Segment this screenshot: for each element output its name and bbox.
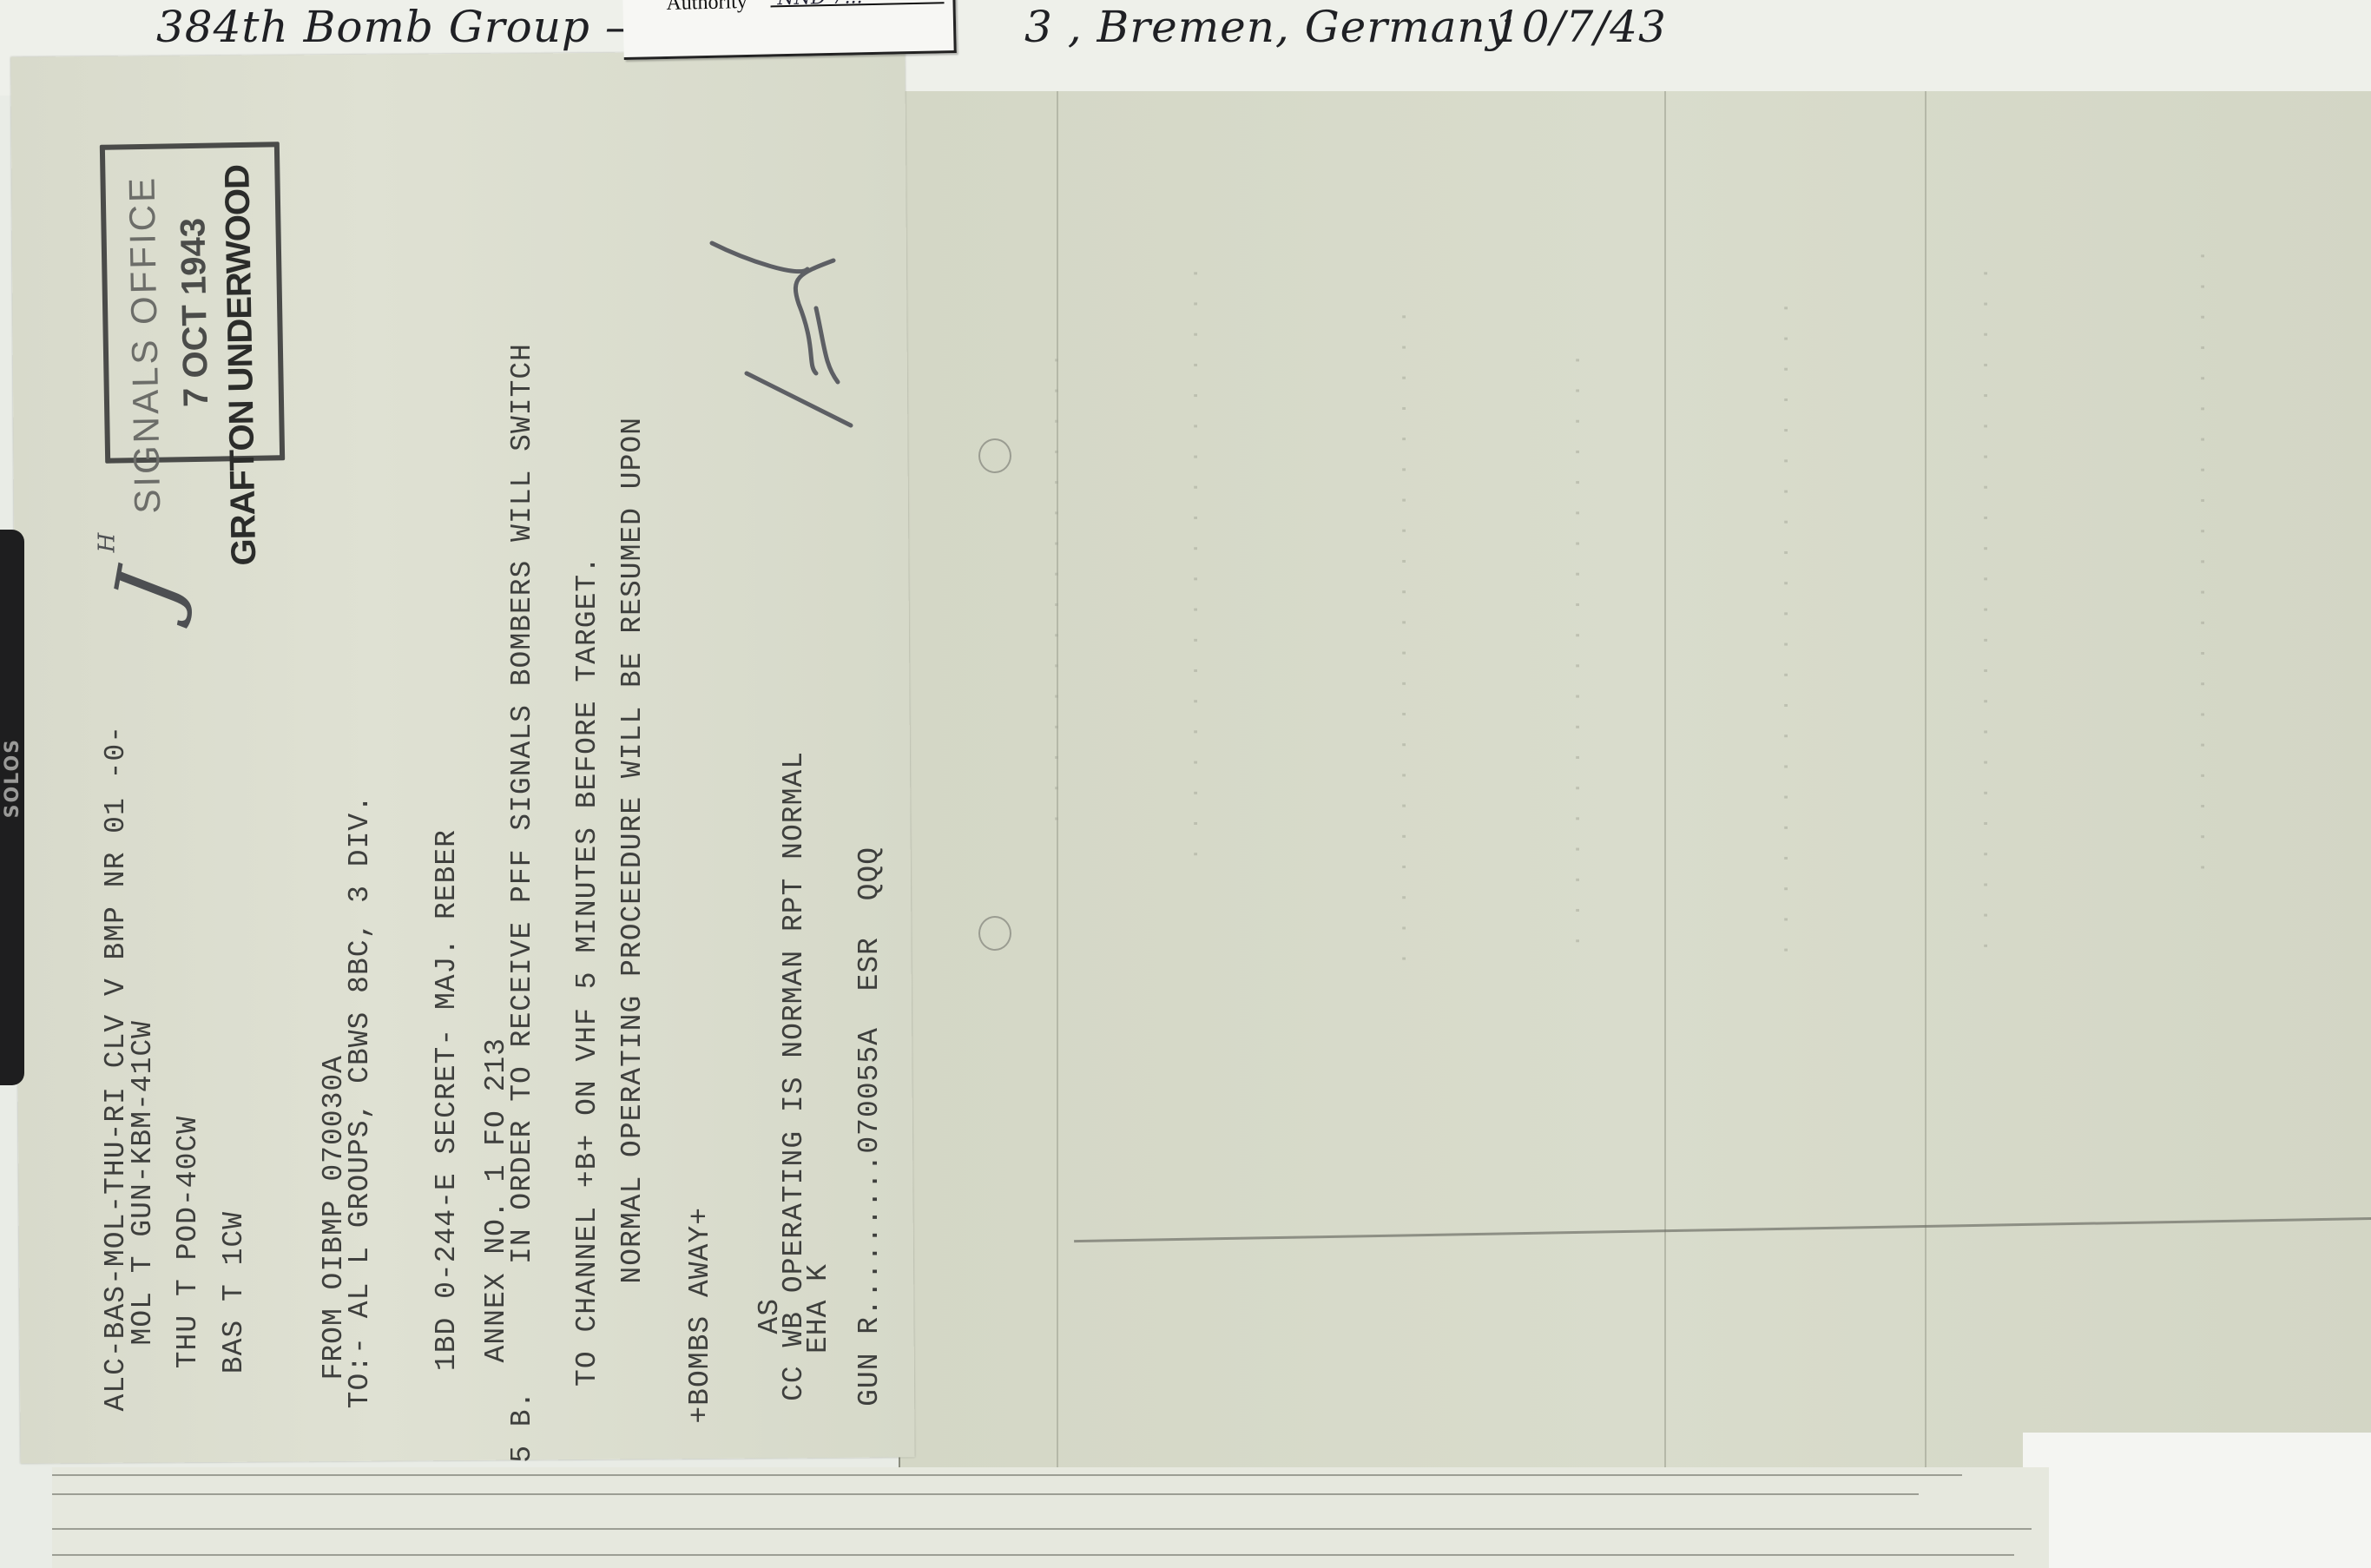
stamp-line-1: SIGNALS OFFICE [121, 175, 168, 515]
message-to: TO:- AL L GROUPS, CBWS 8BC, 3 DIV. [346, 794, 374, 1408]
underlying-page: . . . . . . . . . . . . . . . . . . . . … [899, 91, 2371, 1472]
paper-stack [52, 1467, 2049, 1568]
stamp-location: GRAFTON UNDERWOOD [218, 165, 264, 566]
binder-clip: SOLOS [0, 530, 24, 1085]
body-line-1: TO CHANNEL +B+ ON VHF 5 MINUTES BEFORE T… [573, 556, 602, 1387]
authority-label: Authority NND 7... [622, 0, 956, 60]
routing-line-2: MOL T GUN-KBM-41CW [128, 1020, 157, 1345]
signature-mark [695, 226, 868, 443]
crease-mark [1074, 1217, 2371, 1242]
bleed-through-text: . . . . . . . . . . . . . . . . . . . . [1178, 265, 1204, 861]
fold-line [1925, 91, 1926, 1472]
para-reference: PARA 5 B. IN ORDER TO RECEIVE PFF SIGNAL… [508, 343, 537, 1553]
fold-line [1664, 91, 1666, 1472]
signals-office-stamp: SIGNALS OFFICE 7 OCT 1943 GRAFTON UNDERW… [100, 142, 285, 464]
authority-value: NND 7... [777, 0, 863, 10]
sheet-edge [52, 1554, 2014, 1556]
bleed-through-text: . . . . . . . . . . . . . . . . . . . . … [2185, 247, 2211, 874]
sheet-edge [52, 1474, 1962, 1476]
bleed-through-text: . . . . . . . . . . . . . . . . . . . . … [1768, 300, 1795, 957]
punch-hole [978, 438, 1011, 473]
bleed-through-text: . . . . . . . . . . . . . . . . [1039, 352, 1065, 826]
bleed-through-text: . . . . . . . . . . . . . . . . . . . . [1560, 352, 1586, 948]
binder-brand: SOLOS [2, 738, 23, 818]
handwritten-initial-h: H [94, 533, 120, 553]
background-surface [2023, 1433, 2371, 1568]
bleed-through-text: . . . . . . . . . . . . . . . . . . . . … [1968, 265, 1994, 952]
receipt-line: GUN R.........070055A ESR QQQ [855, 847, 884, 1407]
bleed-through-text: . . . . . . . . . . . . . . . . . . . . … [1386, 308, 1413, 965]
message-classification: 1BD 0-244-E SECRET- MAJ. REBER [432, 829, 461, 1371]
routing-line-4: BAS T 1CW [220, 1211, 248, 1374]
authority-label-text: Authority [666, 0, 748, 16]
bombs-away-signal: +BOMBS AWAY+ [686, 1207, 715, 1424]
sheet-edge [52, 1528, 2032, 1530]
handwritten-group-label: 384th Bomb Group – [156, 2, 628, 52]
routing-line-3: THU T POD-40CW [174, 1116, 202, 1368]
stamp-date: 7 OCT 1943 [174, 218, 216, 408]
handwritten-location: 3 , Bremen, Germany [1024, 2, 1512, 52]
footer-line-3: EHA K [804, 1263, 833, 1354]
body-line-2: NORMAL OPERATING PROCEEDURE WILL BE RESU… [618, 417, 647, 1284]
punch-hole [978, 916, 1011, 951]
sheet-edge [52, 1493, 1919, 1495]
handwritten-date: 10/7/43 [1493, 2, 1667, 52]
